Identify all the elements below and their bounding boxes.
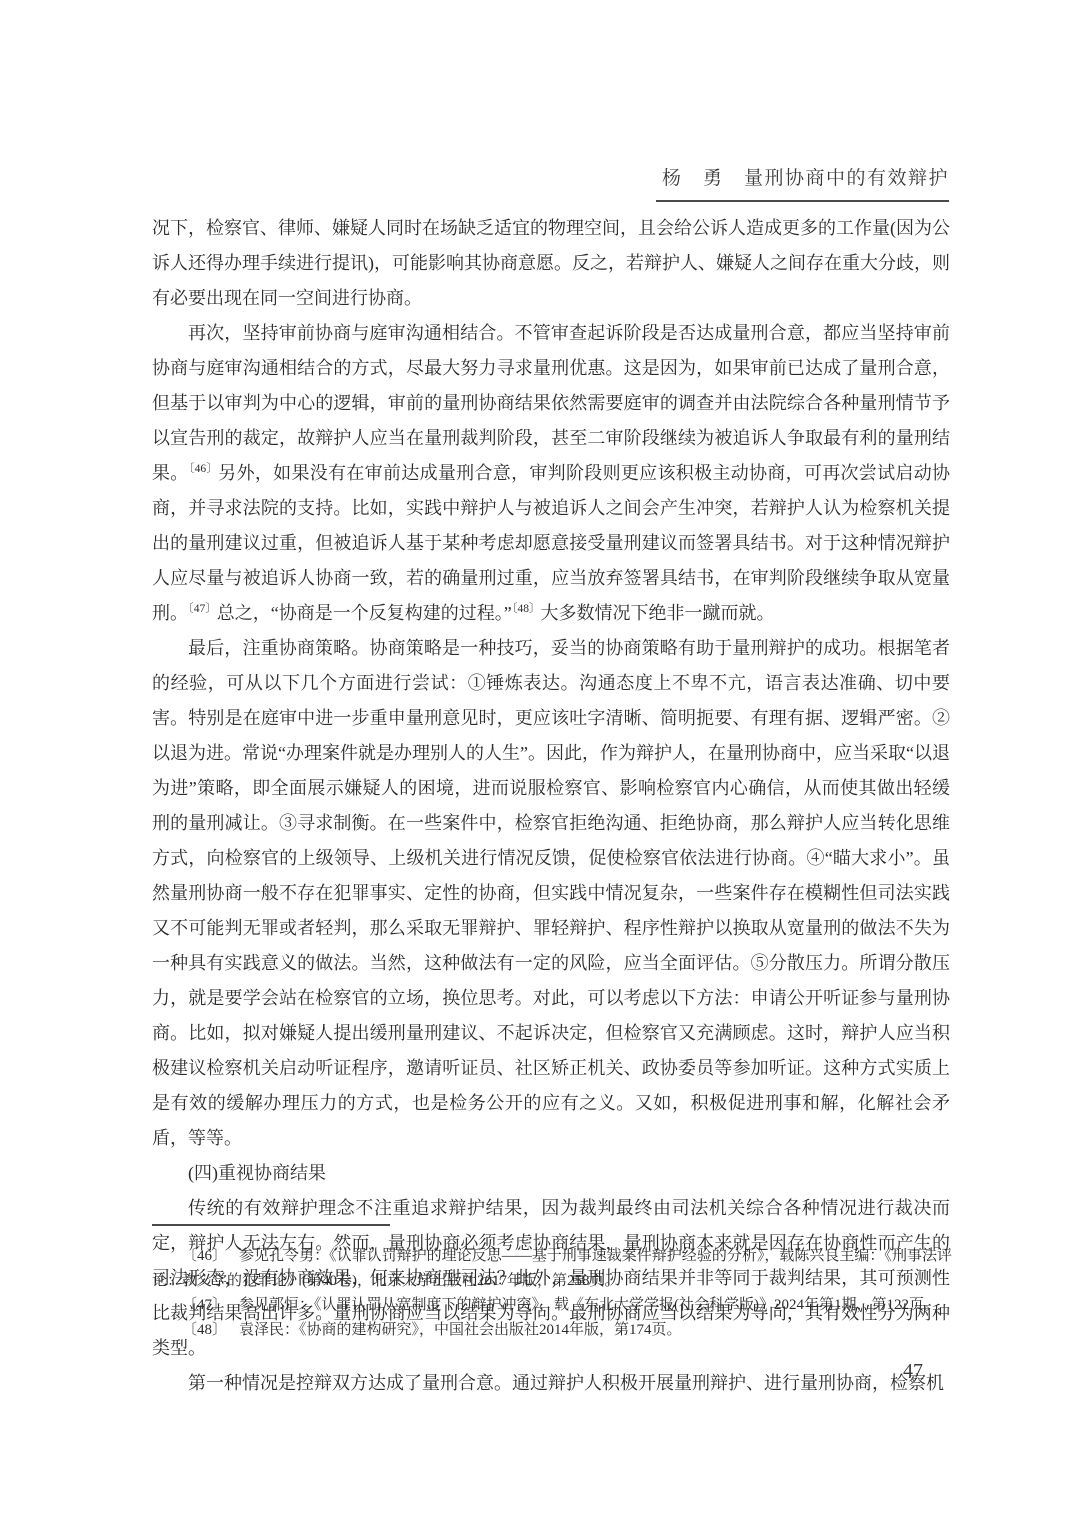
footnote-divider (152, 1224, 390, 1226)
body-paragraph: 再次，坚持审前协商与庭审沟通相结合。不管审查起诉阶段是否达成量刑合意，都应当坚持… (152, 316, 950, 631)
footnote-label: 〔48〕 (182, 1322, 227, 1338)
footnote-label: 〔46〕 (182, 1248, 227, 1264)
footnote-marker: 〔47〕 (188, 603, 217, 615)
footnote-text: 袁泽民：《协商的建构研究》，中国社会出版社2014年版，第174页。 (239, 1322, 682, 1338)
footnote-marker: 〔46〕 (189, 463, 219, 475)
article-body: 况下，检察官、律师、嫌疑人同时在场缺乏适宜的物理空间，且会给公诉人造成更多的工作… (152, 211, 950, 1401)
page-number: 47 (903, 1360, 923, 1383)
footnote-text: 参见孔令勇：《认罪认罚辩护的理论反思——基于刑事速裁案件辩护经验的分析》，载陈兴… (152, 1248, 952, 1289)
text-run: 最后，注重协商策略。协商策略是一种技巧，妥当的协商策略有助于量刑辩护的成功。根据… (152, 638, 950, 1148)
footnotes-block: 〔46〕参见孔令勇：《认罪认罚辩护的理论反思——基于刑事速裁案件辩护经验的分析》… (152, 1244, 952, 1342)
footnote-item: 〔47〕参见郭恒：《认罪认罚从宽制度下的辩护冲突》，载《东北大学学报(社会科学版… (152, 1293, 952, 1318)
body-paragraph: 况下，检察官、律师、嫌疑人同时在场缺乏适宜的物理空间，且会给公诉人造成更多的工作… (152, 211, 950, 316)
footnote-item: 〔48〕袁泽民：《协商的建构研究》，中国社会出版社2014年版，第174页。 (152, 1318, 952, 1343)
section-heading: (四)重视协商结果 (152, 1156, 950, 1191)
footnote-item: 〔46〕参见孔令勇：《认罪认罚辩护的理论反思——基于刑事速裁案件辩护经验的分析》… (152, 1244, 952, 1293)
footnote-text: 参见郭恒：《认罪认罚从宽制度下的辩护冲突》，载《东北大学学报(社会科学版)》20… (239, 1297, 939, 1313)
text-run: 况下，检察官、律师、嫌疑人同时在场缺乏适宜的物理空间，且会给公诉人造成更多的工作… (152, 218, 950, 308)
text-run: 总之，“协商是一个反复构建的过程。” (217, 603, 512, 623)
document-page: 杨 勇 量刑协商中的有效辩护 况下，检察官、律师、嫌疑人同时在场缺乏适宜的物理空… (0, 0, 1080, 1528)
body-paragraph: 最后，注重协商策略。协商策略是一种技巧，妥当的协商策略有助于量刑辩护的成功。根据… (152, 631, 950, 1156)
running-header: 杨 勇 量刑协商中的有效辩护 (130, 163, 949, 202)
body-paragraph: 第一种情况是控辩双方达成了量刑合意。通过辩护人积极开展量刑辩护、进行量刑协商，检… (152, 1366, 950, 1401)
running-header-title: 杨 勇 量刑协商中的有效辩护 (656, 163, 949, 202)
text-run: 另外，如果没有在审前达成量刑合意，审判阶段则更应该积极主动协商，可再次尝试启动协… (152, 463, 950, 623)
text-run: 再次，坚持审前协商与庭审沟通相结合。不管审查起诉阶段是否达成量刑合意，都应当坚持… (152, 323, 950, 483)
footnote-label: 〔47〕 (182, 1297, 227, 1313)
footnote-marker: 〔48〕 (512, 603, 541, 615)
text-run: 第一种情况是控辩双方达成了量刑合意。通过辩护人积极开展量刑辩护、进行量刑协商，检… (188, 1373, 944, 1393)
text-run: (四)重视协商结果 (188, 1163, 326, 1183)
text-run: 大多数情况下绝非一蹴而就。 (540, 603, 774, 623)
